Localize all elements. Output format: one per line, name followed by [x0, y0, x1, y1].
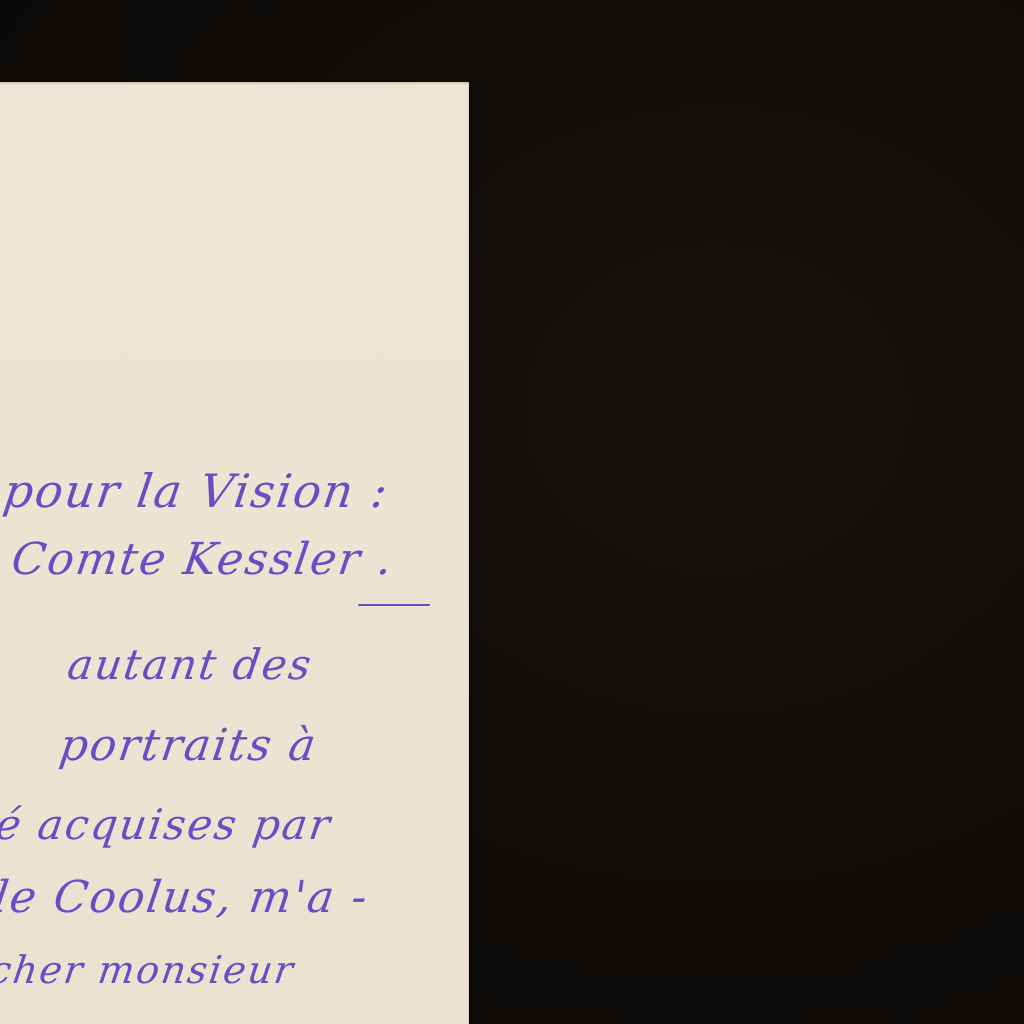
handwritten-line-3: autant des	[65, 640, 316, 689]
underline-vision	[358, 604, 430, 606]
handwritten-line-5: é acquises par	[0, 800, 335, 849]
handwritten-line-4: portraits à	[56, 720, 320, 771]
handwritten-line-6: le Coolus, m'a -	[0, 872, 372, 923]
letter-paper: pour la Vision : Comte Kessler . autant …	[0, 82, 468, 1024]
handwritten-line-2: Comte Kessler .	[8, 534, 397, 585]
handwritten-line-1: pour la Vision :	[0, 464, 393, 518]
handwritten-line-7: cher monsieur	[0, 948, 298, 992]
handwritten-text: pour la Vision : Comte Kessler . autant …	[0, 82, 468, 1024]
